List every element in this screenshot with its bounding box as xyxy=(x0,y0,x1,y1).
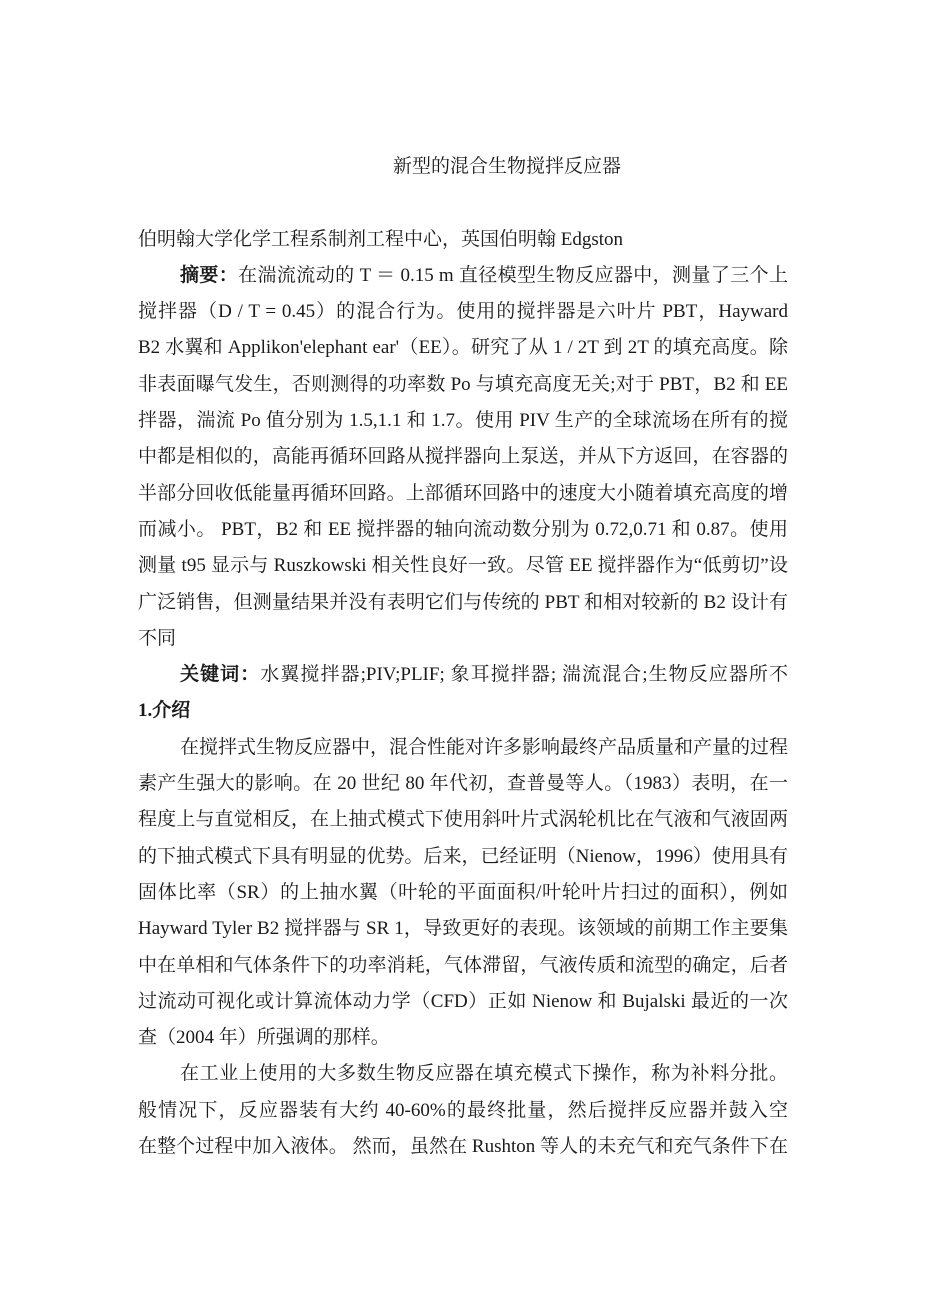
text-line: 般情况下，反应器装有大约 40-60%的最终批量，然后搅拌反应器并鼓入空气， xyxy=(138,1093,788,1129)
text-line: 中都是相似的，高能再循环回路从搅拌器向上泵送，并从下方返回，在容器的上 xyxy=(138,439,788,475)
affiliation-line: 伯明翰大学化学工程系制剂工程中心，英国伯明翰 Edgston xyxy=(138,222,788,258)
text-line: 在搅拌式生物反应器中，混合性能对许多影响最终产品质量和产量的过程因 xyxy=(138,730,788,766)
keywords-label: 关键词： xyxy=(180,664,260,685)
abstract-block: 摘要：在湍流流动的 T ＝ 0.15 m 直径模型生物反应器中，测量了三个上泵 … xyxy=(138,258,788,657)
text-line: 不同 xyxy=(138,621,788,657)
text-line: 半部分回收低能量再循环回路。上部循环回路中的速度大小随着填充高度的增加 xyxy=(138,476,788,512)
spacer-line xyxy=(138,185,788,221)
text-line: 固体比率（SR）的上抽水翼（叶轮的平面面积/叶轮叶片扫过的面积），例如 xyxy=(138,875,788,911)
document-page: 新型的混合生物搅拌反应器 伯明翰大学化学工程系制剂工程中心，英国伯明翰 Edgs… xyxy=(0,0,925,1308)
text-line: 的下抽式模式下具有明显的优势。后来，已经证明（Nienow，1996）使用具有高 xyxy=(138,839,788,875)
text-line: 拌器，湍流 Po 值分别为 1.5,1.1 和 1.7。使用 PIV 生产的全球… xyxy=(138,403,788,439)
text-line: 素产生强大的影响。在 20 世纪 80 年代初，查普曼等人。（1983）表明，在… xyxy=(138,766,788,802)
abstract-first-line: 摘要：在湍流流动的 T ＝ 0.15 m 直径模型生物反应器中，测量了三个上泵 xyxy=(138,258,788,294)
text-line: 程度上与直觉相反，在上抽式模式下使用斜叶片式涡轮机比在气液和气液固两用 xyxy=(138,802,788,838)
text-line: 广泛销售，但测量结果并没有表明它们与传统的 PBT 和相对较新的 B2 设计有所 xyxy=(138,585,788,621)
text-line: 测量 t95 显示与 Ruszkowski 相关性良好一致。尽管 EE 搅拌器作… xyxy=(138,548,788,584)
text-line: 非表面曝气发生，否则测得的功率数 Po 与填充高度无关;对于 PBT，B2 和 … xyxy=(138,367,788,403)
section-heading: 1.介绍 xyxy=(138,693,788,729)
text-line: 而减小。 PBT，B2 和 EE 搅拌器的轴向流动数分别为 0.72,0.71 … xyxy=(138,512,788,548)
text-line: 搅拌器（D / T = 0.45）的混合行为。使用的搅拌器是六叶片 PBT，Ha… xyxy=(138,294,788,330)
keywords-line: 关键词：水翼搅拌器;PIV;PLIF; 象耳搅拌器; 湍流混合;生物反应器所不同… xyxy=(138,657,788,693)
abstract-label: 摘要： xyxy=(180,265,238,286)
text-line: 中在单相和气体条件下的功率消耗，气体滞留，气液传质和流型的确定，后者通 xyxy=(138,948,788,984)
text-line: 查（2004 年）所强调的那样。 xyxy=(138,1020,788,1056)
page-title: 新型的混合生物搅拌反应器 xyxy=(138,149,788,185)
text-line: B2 水翼和 Applikon'elephant ear'（EE）。研究了从 1… xyxy=(138,330,788,366)
paragraph-2: 在工业上使用的大多数生物反应器在填充模式下操作，称为补料分批。 一般情况下，反应… xyxy=(138,1056,788,1165)
document-body: 新型的混合生物搅拌反应器 伯明翰大学化学工程系制剂工程中心，英国伯明翰 Edgs… xyxy=(138,149,788,1165)
text-line: 在整个过程中加入液体。 然而，虽然在 Rushton 等人的未充气和充气条件下在 xyxy=(138,1129,788,1165)
text-line: 过流动可视化或计算流体动力学（CFD）正如 Nienow 和 Bujalski … xyxy=(138,984,788,1020)
text-line: 在工业上使用的大多数生物反应器在填充模式下操作，称为补料分批。 一 xyxy=(138,1056,788,1092)
text-line: Hayward Tyler B2 搅拌器与 SR 1，导致更好的表现。该领域的前… xyxy=(138,911,788,947)
paragraph-1: 在搅拌式生物反应器中，混合性能对许多影响最终产品质量和产量的过程因素产生强大的影… xyxy=(138,730,788,1057)
